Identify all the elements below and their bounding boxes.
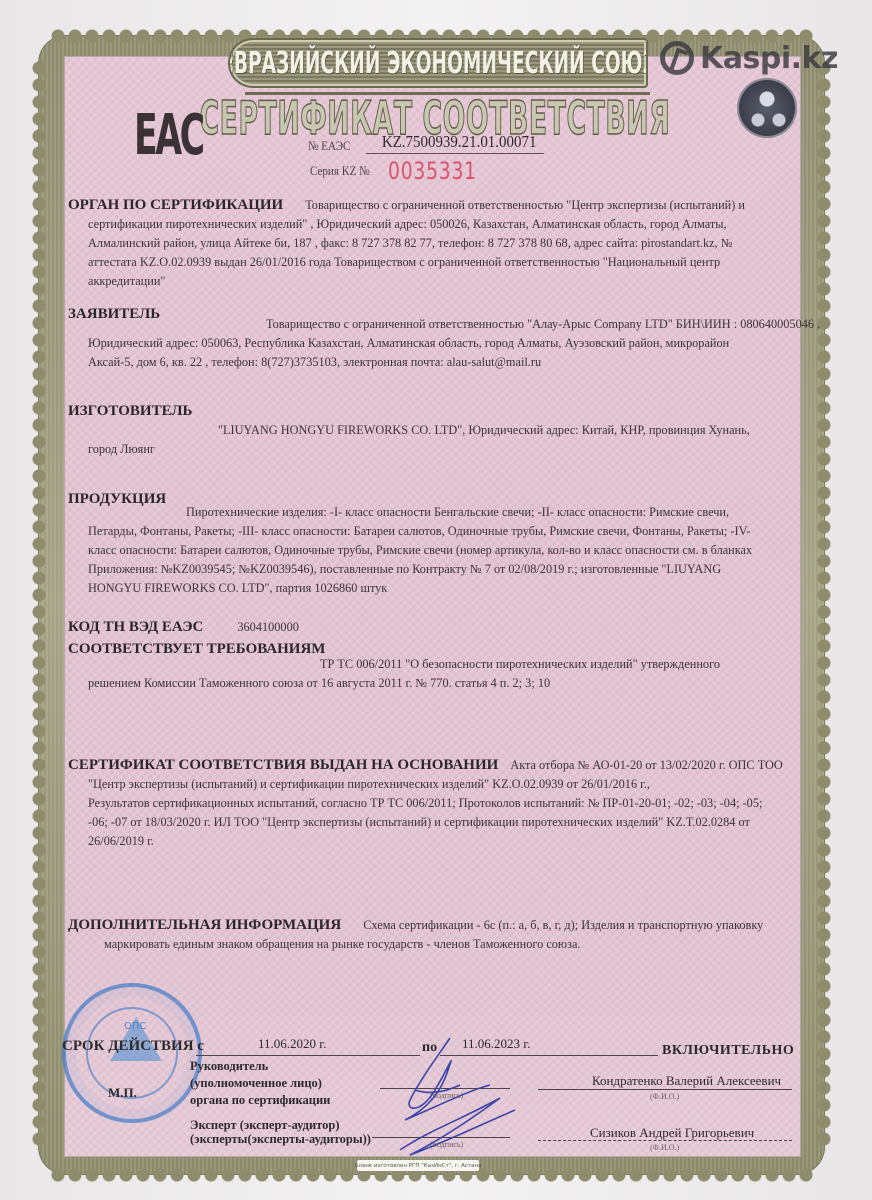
watermark-text: Kaspi.kz — [700, 41, 838, 76]
text-line: "LIUYANG HONGYU FIREWORKS CO. LTD", Юрид… — [68, 421, 796, 440]
validity-inclusive: ВКЛЮЧИТЕЛЬНО — [662, 1043, 794, 1059]
expert-label-line: (эксперты(эксперты-аудиторы)) — [190, 1132, 371, 1146]
registration-number-row: № ЕАЭС KZ.7500939.21.01.00071 — [308, 132, 568, 154]
name-caption: (Ф.И.О.) — [650, 1143, 679, 1152]
text-line: HONGYU FIREWORKS CO. LTD", партия 102686… — [68, 579, 796, 598]
text-line: Товарищество с ограниченной ответственно… — [68, 315, 796, 334]
section-heading: ЗАЯВИТЕЛЬ — [68, 305, 160, 324]
hs-code-value: 3604100000 — [237, 620, 298, 634]
section-heading: ИЗГОТОВИТЕЛЬ — [68, 402, 192, 421]
hologram-seal-icon — [737, 78, 797, 138]
validity-from-date: 11.06.2020 г. — [258, 1036, 326, 1052]
validity-from-label: СРОК ДЕЙСТВИЯ с — [62, 1038, 204, 1055]
text-line: Приложения: №KZ0039545; №KZ0039546), пос… — [68, 560, 796, 579]
text-line: Алмалинский район, улица Айтеке би, 187 … — [68, 234, 796, 253]
section-hs-code: КОД ТН ВЭД ЕАЭС 3604100000 — [68, 618, 796, 637]
text-line: Петарды, Фонтаны, Ракеты; -III- класс оп… — [68, 522, 796, 541]
text-line: класс опасности: Батареи салютов, Одиноч… — [68, 541, 796, 560]
text-line: Пиротехнические изделия: -I- класс опасн… — [68, 503, 796, 522]
head-name-line — [538, 1089, 792, 1090]
kaspi-logo-icon — [660, 41, 694, 75]
section-heading: ПРОДУКЦИЯ — [68, 490, 166, 509]
section-heading: КОД ТН ВЭД ЕАЭС — [68, 619, 203, 636]
print-note: Бланк изготовлен РГП "КазИнСт", г. Астан… — [357, 1160, 479, 1171]
series-label: Серия KZ № — [310, 163, 370, 179]
expert-name: Сизиков Андрей Григорьевич — [590, 1125, 754, 1141]
section-heading: СЕРТИФИКАТ СООТВЕТСТВИЯ ВЫДАН НА ОСНОВАН… — [68, 756, 498, 775]
text-line: -06; -07 от 18/03/2020 г. ИЛ ТОО "Центр … — [68, 813, 796, 832]
frame-scallop-right — [816, 60, 832, 1150]
text-line: сертификации пиротехнических изделий" , … — [68, 215, 796, 234]
section-certification-body: ОРГАН ПО СЕРТИФИКАЦИИТоварищество с огра… — [68, 196, 796, 291]
text-line: маркировать единым знаком обращения на р… — [68, 935, 796, 954]
text-line: аттестата KZ.O.02.0939 выдан 26/01/2016 … — [68, 253, 796, 272]
head-label-line: органа по сертификации — [190, 1092, 330, 1109]
seal-label: М.П. — [108, 1085, 137, 1101]
text-line: "Центр экспертизы (испытаний) и сертифик… — [68, 775, 796, 794]
section-conformity: СООТВЕТСТВУЕТ ТРЕБОВАНИЯМ ТР ТС 006/2011… — [68, 640, 796, 693]
union-banner-text: ЕВРАЗИЙСКИЙ ЭКОНОМИЧЕСКИЙ СОЮЗ — [228, 46, 648, 81]
text-line: город Люянг — [68, 440, 796, 459]
kaspi-watermark: Kaspi.kz — [660, 40, 838, 76]
head-name: Кондратенко Валерий Алексеевич — [592, 1073, 781, 1089]
text-line: Аксай-5, дом 6, кв. 22 , телефон: 8(727)… — [68, 353, 796, 372]
section-manufacturer: ИЗГОТОВИТЕЛЬ "LIUYANG HONGYU FIREWORKS C… — [68, 402, 796, 459]
name-caption: (Ф.И.О.) — [650, 1092, 679, 1101]
text-line: Результатов сертификационных испытаний, … — [68, 794, 796, 813]
text-line: Товарищество с ограниченной ответственно… — [305, 198, 745, 212]
union-banner: ЕВРАЗИЙСКИЙ ЭКОНОМИЧЕСКИЙ СОЮЗ — [228, 38, 648, 88]
head-label: Руководитель (уполномоченное лицо) орган… — [190, 1058, 330, 1109]
expert-label: Эксперт (эксперт-аудитор) (эксперты(эксп… — [190, 1118, 371, 1146]
text-line: аккредитации" — [68, 272, 796, 291]
head-label-line: (уполномоченное лицо) — [190, 1075, 330, 1092]
section-applicant: ЗАЯВИТЕЛЬ Товарищество с ограниченной от… — [68, 305, 796, 372]
text-line: Юридический адрес: 050063, Республика Ка… — [68, 334, 796, 353]
registration-label: № ЕАЭС — [308, 138, 350, 154]
expert-name-line — [538, 1140, 792, 1141]
stamp-text: ОПС — [124, 1021, 146, 1032]
section-heading: ДОПОЛНИТЕЛЬНАЯ ИНФОРМАЦИЯ — [68, 916, 341, 935]
series-number-row: Серия KZ № 0035331 — [310, 157, 502, 185]
frame-scallop-left — [31, 60, 47, 1150]
text-line: 26/06/2019 г. — [68, 832, 796, 851]
text-line: Акта отбора № АО-01-20 от 13/02/2020 г. … — [510, 758, 783, 772]
section-additional-info: ДОПОЛНИТЕЛЬНАЯ ИНФОРМАЦИЯСхема сертифика… — [68, 916, 796, 954]
registration-number: KZ.7500939.21.01.00071 — [366, 132, 544, 154]
series-number: 0035331 — [388, 157, 477, 185]
section-heading: СООТВЕТСТВУЕТ ТРЕБОВАНИЯМ — [68, 640, 325, 659]
section-heading: ОРГАН ПО СЕРТИФИКАЦИИ — [68, 196, 283, 215]
text-line: Схема сертификации - 6с (п.: а, б, в, г,… — [363, 918, 763, 932]
expert-label-line: Эксперт (эксперт-аудитор) — [190, 1118, 371, 1132]
section-product: ПРОДУКЦИЯ Пиротехнические изделия: -I- к… — [68, 490, 796, 598]
text-line: решением Комиссии Таможенного союза от 1… — [68, 674, 796, 693]
head-label-line: Руководитель — [190, 1058, 330, 1075]
eac-mark-icon: ЕАС — [134, 108, 203, 164]
section-issue-basis: СЕРТИФИКАТ СООТВЕТСТВИЯ ВЫДАН НА ОСНОВАН… — [68, 756, 796, 851]
handwritten-signature-icon — [380, 1030, 530, 1160]
